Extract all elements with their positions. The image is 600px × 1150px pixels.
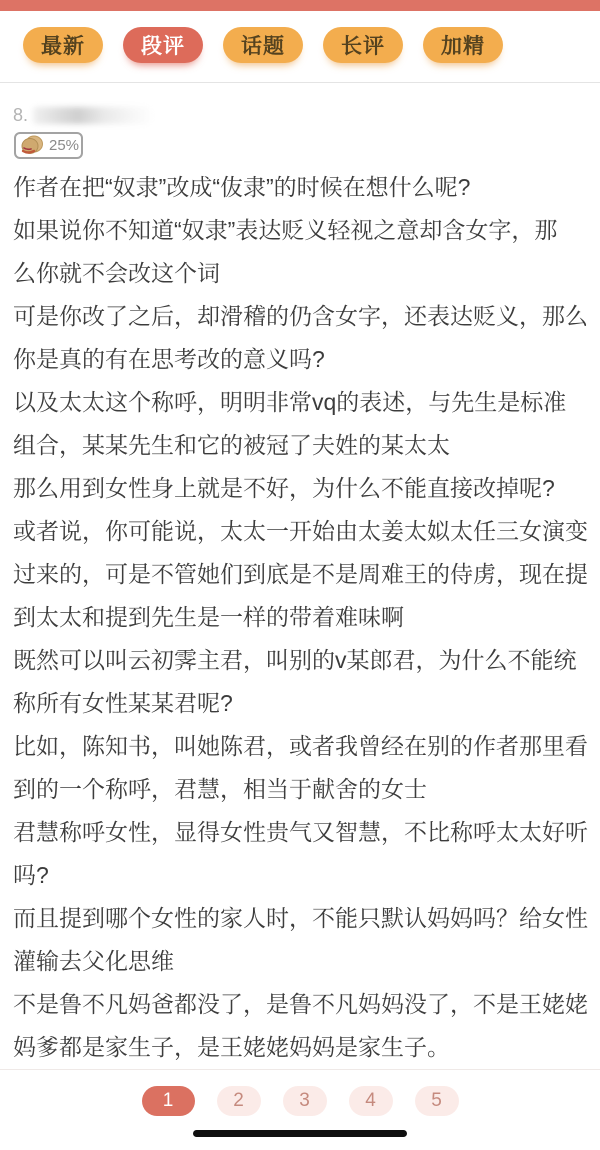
comment-line: 既然可以叫云初霁主君，叫别的v某郎君，为什么不能统 — [13, 639, 600, 682]
home-indicator[interactable] — [193, 1130, 407, 1137]
comment-line: 如果说你不知道“奴隶”表达贬义轻视之意却含女字，那 — [13, 209, 600, 252]
comment-line: 组合，某某先生和它的被冠了夫姓的某太太 — [13, 424, 600, 467]
comment-line: 到太太和提到先生是一样的带着难味啊 — [13, 596, 600, 639]
comment-line: 过来的，可是不管她们到底是不是周难王的侍虏，现在提 — [13, 553, 600, 596]
comment-line: 君慧称呼女性，显得女性贵气又智慧，不比称呼太太好听 — [13, 811, 600, 854]
page-button-2[interactable]: 2 — [217, 1086, 261, 1116]
tab-divider — [0, 82, 600, 83]
username-redacted-blur — [33, 107, 151, 124]
comment-line: 称所有女性某某君呢? — [13, 682, 600, 725]
tab-long-reviews[interactable]: 长评 — [323, 27, 403, 63]
comment-line: 妈爹都是家生子，是王姥姥妈妈是家生子。 — [13, 1026, 600, 1069]
comment-body: 作者在把“奴隶”改成“伖隶”的时候在想什么呢? 如果说你不知道“奴隶”表达贬义轻… — [0, 166, 600, 1069]
tab-bar: 最新 段评 话题 长评 加精 — [0, 11, 600, 63]
page-button-3[interactable]: 3 — [283, 1086, 327, 1116]
tab-featured[interactable]: 加精 — [423, 27, 503, 63]
pagination: 1 2 3 4 5 — [0, 1086, 600, 1116]
page-button-4[interactable]: 4 — [349, 1086, 393, 1116]
comment-line: 吗? — [13, 854, 600, 897]
tab-topics[interactable]: 话题 — [223, 27, 303, 63]
comment-line: 比如，陈知书，叫她陈君，或者我曾经在别的作者那里看 — [13, 725, 600, 768]
username-text: 8. — [13, 105, 28, 126]
comment-line: 以及太太这个称呼，明明非常vq的表述，与先生是标准 — [13, 381, 600, 424]
comment-line: 么你就不会改这个词 — [13, 252, 600, 295]
comment-line: 而且提到哪个女性的家人时，不能只默认妈妈吗？给女性 — [13, 897, 600, 940]
page-button-1[interactable]: 1 — [142, 1086, 195, 1116]
comment-line: 灌输去父化思维 — [13, 940, 600, 983]
reading-progress-badge: 25% — [14, 132, 83, 159]
comment-author-row[interactable]: 8. — [13, 105, 600, 125]
comment-line: 可是你改了之后，却滑稽的仍含女字，还表达贬义，那么 — [13, 295, 600, 338]
progress-percent: 25% — [49, 137, 79, 154]
tab-latest[interactable]: 最新 — [23, 27, 103, 63]
tab-paragraph-comments[interactable]: 段评 — [123, 27, 203, 63]
comment-line: 你是真的有在思考改的意义吗? — [13, 338, 600, 381]
page-button-5[interactable]: 5 — [415, 1086, 459, 1116]
comment-line: 或者说，你可能说，太太一开始由太姜太姒太任三女演变 — [13, 510, 600, 553]
comment-line: 那么用到女性身上就是不好，为什么不能直接改掉呢? — [13, 467, 600, 510]
comment-line: 作者在把“奴隶”改成“伖隶”的时候在想什么呢? — [13, 166, 600, 209]
coin-stack-icon — [21, 135, 45, 156]
comment-line: 不是鲁不凡妈爸都没了，是鲁不凡妈妈没了，不是王姥姥 — [13, 983, 600, 1026]
pagination-divider — [0, 1069, 600, 1070]
top-accent-bar — [0, 0, 600, 11]
comment-line: 到的一个称呼，君慧，相当于献舍的女士 — [13, 768, 600, 811]
